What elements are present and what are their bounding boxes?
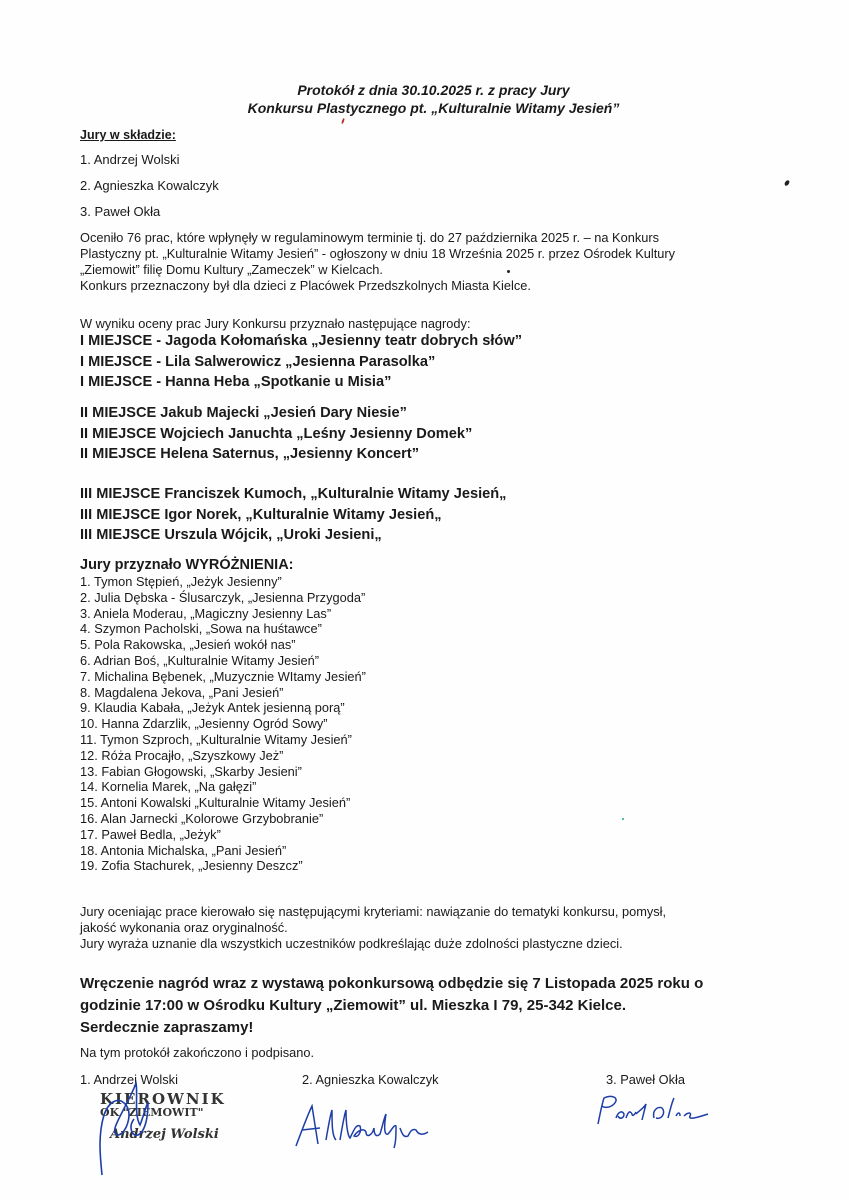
award-item: 16. Alan Jarnecki „Kolorowe Grzybobranie… [80,811,366,827]
award-item: 14. Kornelia Marek, „Na gałęzi” [80,779,366,795]
award-item: 6. Adrian Boś, „Kulturalnie Witamy Jesie… [80,653,366,669]
award-item: 17. Paweł Bedla, „Jeżyk” [80,827,366,843]
document-title-line2: Konkursu Plastycznego pt. „Kulturalnie W… [0,100,849,116]
award-item: 15. Antoni Kowalski „Kulturalnie Witamy … [80,795,366,811]
jury-member: 2. Agnieszka Kowalczyk [80,178,219,193]
award-item: 2. Julia Dębska - Ślusarczyk, „Jesienna … [80,590,366,606]
award-item: 1. Tymon Stępień, „Jeżyk Jesienny” [80,574,366,590]
intro-line: Konkurs przeznaczony był dla dzieci z Pl… [80,278,780,294]
award-item: 4. Szymon Pacholski, „Sowa na huśtawce” [80,621,366,637]
prize-entry: II MIEJSCE Jakub Majecki „Jesień Dary Ni… [80,403,472,424]
prize-entry: III MIEJSCE Igor Norek, „Kulturalnie Wit… [80,505,506,526]
scan-mark [341,118,345,124]
award-item: 18. Antonia Michalska, „Pani Jesień” [80,843,366,859]
award-item: 11. Tymon Szproch, „Kulturalnie Witamy J… [80,732,366,748]
criteria-line: jakość wykonania oraz oryginalność. [80,920,780,936]
awards-list: 1. Tymon Stępień, „Jeżyk Jesienny” 2. Ju… [80,574,366,874]
ceremony-line: Wręczenie nagród wraz z wystawą pokonkur… [80,973,780,995]
intro-line: Plastyczny pt. „Kulturalnie Witamy Jesie… [80,246,780,262]
ceremony-line: Serdecznie zapraszamy! [80,1017,780,1039]
document-title-line1: Protokół z dnia 30.10.2025 r. z pracy Ju… [0,82,849,98]
prize-entry: III MIEJSCE Urszula Wójcik, „Uroki Jesie… [80,525,506,546]
awards-heading: Jury przyznało WYRÓŻNIENIA: [80,557,294,573]
signatory-name: 3. Paweł Okła [606,1072,685,1087]
intro-line: „Ziemowit” filię Domu Kultury „Zameczek”… [80,262,780,278]
award-item: 19. Zofia Stachurek, „Jesienny Deszcz” [80,858,366,874]
prize-entry: III MIEJSCE Franciszek Kumoch, „Kultural… [80,484,506,505]
prize-entry: II MIEJSCE Helena Saternus, „Jesienny Ko… [80,444,472,465]
handwritten-signature-icon [592,1092,712,1128]
criteria-paragraph: Jury oceniając prace kierowało się nastę… [80,904,780,952]
prize-entry: I MIEJSCE - Jagoda Kołomańska „Jesienny … [80,331,522,352]
jury-heading: Jury w składzie: [80,128,176,142]
ceremony-line: godzinie 17:00 w Ośrodku Kultury „Ziemow… [80,995,780,1017]
award-item: 9. Klaudia Kabała, „Jeżyk Antek jesienną… [80,700,366,716]
award-item: 8. Magdalena Jekova, „Pani Jesień” [80,685,366,701]
document-page: Protokół z dnia 30.10.2025 r. z pracy Ju… [0,0,849,1200]
scan-mark [784,179,791,186]
intro-line: Oceniło 76 prac, które wpłynęły w regula… [80,230,780,246]
criteria-line: Jury wyraża uznanie dla wszystkich uczes… [80,936,780,952]
award-item: 5. Pola Rakowska, „Jesień wokół nas” [80,637,366,653]
award-item: 10. Hanna Zdarzlik, „Jesienny Ogród Sowy… [80,716,366,732]
award-item: 12. Róża Procajło, „Szyszkowy Jeż” [80,748,366,764]
prize-entry: I MIEJSCE - Hanna Heba „Spotkanie u Misi… [80,372,522,393]
handwritten-signature-icon [88,1075,158,1180]
jury-member: 1. Andrzej Wolski [80,152,179,167]
jury-member: 3. Paweł Okła [80,204,160,219]
prize-entry: II MIEJSCE Wojciech Januchta „Leśny Jesi… [80,424,472,445]
intro-paragraph: Oceniło 76 prac, które wpłynęły w regula… [80,230,780,294]
handwritten-signature-icon [292,1100,432,1150]
prizes-intro: W wyniku oceny prac Jury Konkursu przyzn… [80,316,780,332]
award-item: 3. Aniela Moderau, „Magiczny Jesienny La… [80,606,366,622]
prize-entry: I MIEJSCE - Lila Salwerowicz „Jesienna P… [80,352,522,373]
scan-mark [507,270,510,273]
closing-statement: Na tym protokół zakończono i podpisano. [80,1045,314,1060]
third-place-list: III MIEJSCE Franciszek Kumoch, „Kultural… [80,484,506,546]
signatory-name: 2. Agnieszka Kowalczyk [302,1072,439,1087]
second-place-list: II MIEJSCE Jakub Majecki „Jesień Dary Ni… [80,403,472,465]
ceremony-announcement: Wręczenie nagród wraz z wystawą pokonkur… [80,973,780,1039]
scan-mark [622,818,624,820]
first-place-list: I MIEJSCE - Jagoda Kołomańska „Jesienny … [80,331,522,393]
criteria-line: Jury oceniając prace kierowało się nastę… [80,904,780,920]
award-item: 13. Fabian Głogowski, „Skarby Jesieni” [80,764,366,780]
award-item: 7. Michalina Bębenek, „Muzycznie WItamy … [80,669,366,685]
